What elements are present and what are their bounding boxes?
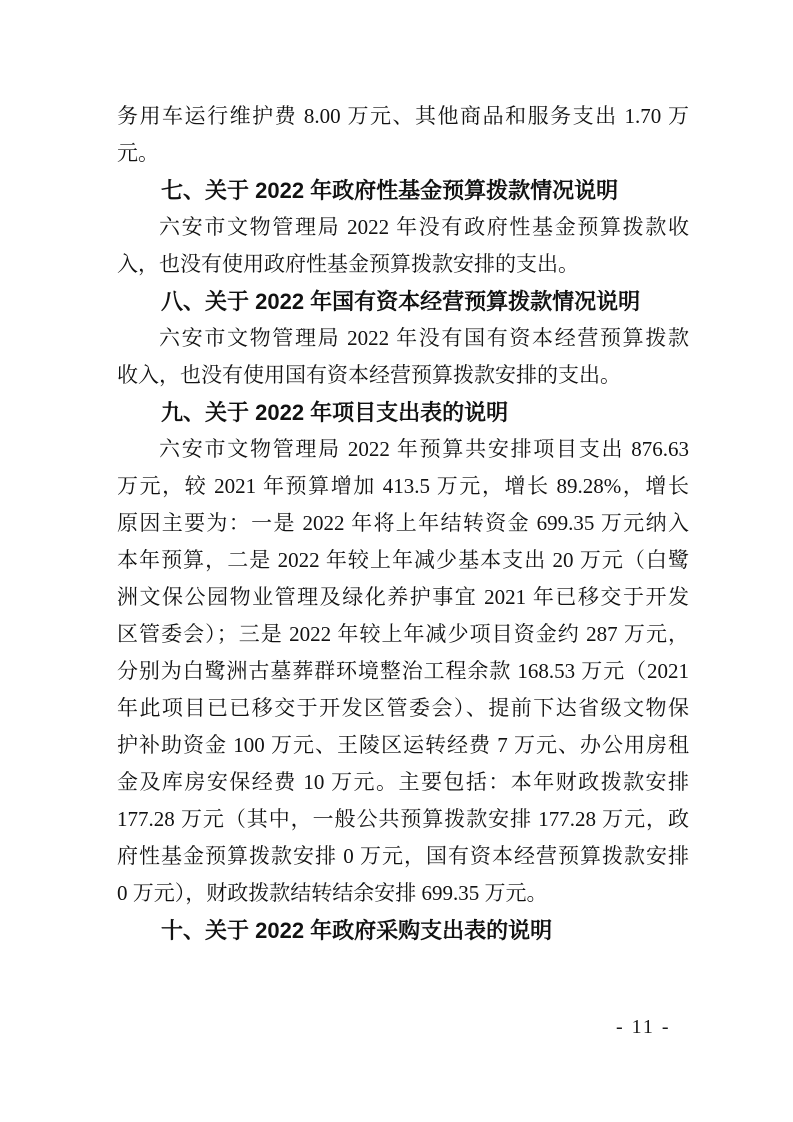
paragraph-state-capital: 六安市文物管理局 2022 年没有国有资本经营预算拨款 收入，也没有使用国有资本…	[117, 320, 689, 394]
text-line: 收入，也没有使用国有资本经营预算拨款安排的支出。	[117, 357, 689, 394]
section-heading-9: 九、关于 2022 年项目支出表的说明	[117, 394, 689, 431]
heading-line: 十、关于 2022 年政府采购支出表的说明	[117, 912, 689, 949]
text-line: 入，也没有使用政府性基金预算拨款安排的支出。	[117, 246, 689, 283]
page-number: - 11 -	[616, 1016, 671, 1039]
text-line: 洲文保公园物业管理及绿化养护事宜 2021 年已移交于开发	[117, 579, 689, 616]
section-heading-7: 七、关于 2022 年政府性基金预算拨款情况说明	[117, 172, 689, 209]
text-line: 原因主要为：一是 2022 年将上年结转资金 699.35 万元纳入	[117, 505, 689, 542]
section-heading-10: 十、关于 2022 年政府采购支出表的说明	[117, 912, 689, 949]
paragraph-continued: 务用车运行维护费 8.00 万元、其他商品和服务支出 1.70 万 元。	[117, 98, 689, 172]
document-page: 务用车运行维护费 8.00 万元、其他商品和服务支出 1.70 万 元。 七、关…	[0, 0, 793, 1122]
text-line: 区管委会）；三是 2022 年较上年减少项目资金约 287 万元，	[117, 616, 689, 653]
document-body: 务用车运行维护费 8.00 万元、其他商品和服务支出 1.70 万 元。 七、关…	[117, 98, 689, 949]
text-line: 六安市文物管理局 2022 年预算共安排项目支出 876.63	[117, 431, 689, 468]
heading-line: 九、关于 2022 年项目支出表的说明	[117, 394, 689, 431]
text-line: 护补助资金 100 万元、王陵区运转经费 7 万元、办公用房租	[117, 727, 689, 764]
text-line: 0 万元），财政拨款结转结余安排 699.35 万元。	[117, 875, 689, 912]
paragraph-gov-fund: 六安市文物管理局 2022 年没有政府性基金预算拨款收 入，也没有使用政府性基金…	[117, 209, 689, 283]
text-line: 六安市文物管理局 2022 年没有政府性基金预算拨款收	[117, 209, 689, 246]
section-heading-8: 八、关于 2022 年国有资本经营预算拨款情况说明	[117, 283, 689, 320]
text-line: 万元，较 2021 年预算增加 413.5 万元，增长 89.28%，增长	[117, 468, 689, 505]
text-line: 本年预算，二是 2022 年较上年减少基本支出 20 万元（白鹭	[117, 542, 689, 579]
text-line: 务用车运行维护费 8.00 万元、其他商品和服务支出 1.70 万	[117, 98, 689, 135]
text-line: 177.28 万元（其中，一般公共预算拨款安排 177.28 万元，政	[117, 801, 689, 838]
text-line: 分别为白鹭洲古墓葬群环境整治工程余款 168.53 万元（2021	[117, 653, 689, 690]
text-line: 六安市文物管理局 2022 年没有国有资本经营预算拨款	[117, 320, 689, 357]
text-line: 府性基金预算拨款安排 0 万元，国有资本经营预算拨款安排	[117, 838, 689, 875]
text-line: 金及库房安保经费 10 万元。主要包括：本年财政拨款安排	[117, 764, 689, 801]
paragraph-project-expenditure: 六安市文物管理局 2022 年预算共安排项目支出 876.63 万元，较 202…	[117, 431, 689, 912]
text-line: 年此项目已已移交于开发区管委会）、提前下达省级文物保	[117, 690, 689, 727]
text-line: 元。	[117, 135, 689, 172]
heading-line: 七、关于 2022 年政府性基金预算拨款情况说明	[117, 172, 689, 209]
heading-line: 八、关于 2022 年国有资本经营预算拨款情况说明	[117, 283, 689, 320]
